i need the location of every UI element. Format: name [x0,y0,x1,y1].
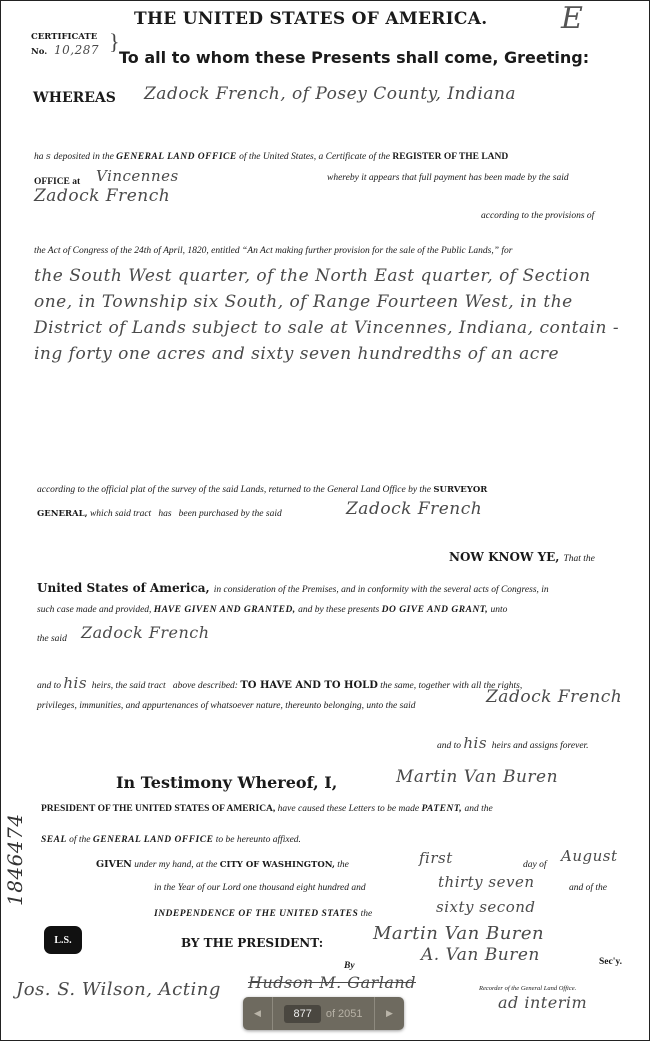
his-hand: his [63,674,87,692]
acting-signature: Jos. S. Wilson, Acting [16,979,221,1000]
independence-hand: sixty second [436,898,536,916]
unto: unto [490,605,507,615]
grantee-hand-2: Zadock French [486,687,622,707]
whereby-text: whereby it appears that full payment has… [327,173,569,183]
chevron-left-icon: ◀ [254,1008,261,1019]
by-the-president: BY THE PRESIDENT: [181,936,323,950]
payer-hand: Zadock French [34,186,170,206]
of-the: of the [69,835,90,845]
president-hand: Martin Van Buren [396,767,558,787]
which-said: which said tract [90,509,151,519]
caused-text: have caused these Letters to be made [278,804,419,814]
the-text-2: the [361,909,373,919]
privileges-text: privileges, immunities, and appurtenance… [37,701,415,711]
page-total: of 2051 [326,1008,363,1020]
recorder-label: Recorder of the General Land Office. [479,985,576,992]
testimony-heading: In Testimony Whereof, I, [116,773,337,792]
land-desc-line: District of Lands subject to sale at Vin… [34,315,619,341]
page-number-input[interactable]: 877 [284,1005,320,1023]
prev-page-button[interactable]: ◀ [243,997,272,1030]
day-of: day of [523,860,546,870]
next-page-button[interactable]: ▶ [375,997,404,1030]
document-title: THE UNITED STATES OF AMERICA. [134,9,487,29]
under-hand: under my hand, at the [134,860,217,870]
and-of-the: and of the [569,883,607,893]
usa-text: United States of America, [37,581,210,595]
heirs-tract: heirs, the said tract [92,681,166,691]
the-said: the said [37,634,67,644]
land-desc-line: the South West quarter, of the North Eas… [34,263,619,289]
by-text: By [344,961,355,971]
register-text: REGISTER OF THE LAND [392,152,508,162]
consideration-text: in consideration of the Premises, and in… [214,585,549,595]
certificate-label: CERTIFICATE [31,32,97,42]
such-case: such case made and provided, [37,605,151,615]
given-text: GIVEN [96,859,132,870]
president-line: PRESIDENT OF THE UNITED STATES OF AMERIC… [41,804,275,814]
secy-text: Sec'y. [599,957,622,967]
do-give: DO GIVE AND GRANT, [382,605,488,615]
the-text: the [337,860,349,870]
document-page: THE UNITED STATES OF AMERICA. E CERTIFIC… [0,0,650,1041]
greeting: To all to whom these Presents shall come… [119,48,589,67]
now-know-ye: NOW KNOW YE, [449,550,559,564]
corner-mark: E [561,1,583,36]
ad-interim: ad interim [498,993,587,1012]
deposited-rest: of the United States, a Certificate of t… [239,152,390,162]
glo-text: GENERAL LAND OFFICE [116,152,237,162]
office-hand: Vincennes [96,167,179,185]
seal-word: SEAL [41,835,67,845]
general-text: GENERAL, [37,509,88,519]
his-hand-2: his [463,734,487,752]
heirs-assigns: heirs and assigns forever. [492,741,589,751]
provisions-text: according to the provisions of [481,211,594,221]
and-to-2: and to [437,741,461,751]
grantee-hand: Zadock French [81,623,210,642]
whereas-label: WHEREAS [33,90,116,106]
has-text: has [158,509,171,519]
act-line: the Act of Congress of the 24th of April… [34,246,513,256]
certificate-no-label: No. [31,47,47,57]
chevron-right-icon: ▶ [386,1008,393,1019]
affixed-text: to be hereunto affixed. [216,835,301,845]
land-desc-line: one, in Township six South, of Range Fou… [34,289,619,315]
land-description: the South West quarter, of the North Eas… [34,263,619,367]
deposited-text: deposited in the [54,152,114,162]
purchased-text: been purchased by the said [179,509,282,519]
and-by: and by these presents [298,605,379,615]
city-text: CITY OF WASHINGTON, [220,860,335,870]
have-given: HAVE GIVEN AND GRANTED, [154,605,296,615]
that-the: That the [563,554,594,564]
page-navigator: ◀ 877 of 2051 ▶ [243,997,404,1030]
above-described: above described: [173,681,238,691]
month-hand: August [561,847,617,865]
secretary-signature: A. Van Buren [421,945,540,965]
patent-text: PATENT, [421,804,462,814]
has-hand: s [46,151,51,162]
independence-text: INDEPENDENCE OF THE UNITED STATES [154,909,358,919]
certificate-no: 10,287 [54,43,99,57]
and-the: and the [465,804,493,814]
and-to: and to [37,681,61,691]
plat-text: according to the official plat of the su… [37,485,431,495]
to-have-to-hold: TO HAVE AND TO HOLD [240,680,378,691]
land-desc-line: ing forty one acres and sixty seven hund… [34,341,619,367]
has-prefix: ha [34,152,44,162]
glo-text-2: GENERAL LAND OFFICE [93,835,214,845]
year-hand: thirty seven [438,873,535,891]
purchaser-hand: Zadock French [346,499,482,519]
day-hand: first [419,849,453,867]
year-line: in the Year of our Lord one thousand eig… [154,883,366,893]
brace: } [109,29,120,55]
seal-ls: L.S. [44,926,82,954]
whereas-hand: Zadock French, of Posey County, Indiana [144,84,516,104]
president-signature: Martin Van Buren [373,923,544,944]
surveyor-text: SURVEYOR [433,485,487,495]
side-number: 1846474 [3,813,27,906]
recorder-signature: Hudson M. Garland [248,973,416,992]
